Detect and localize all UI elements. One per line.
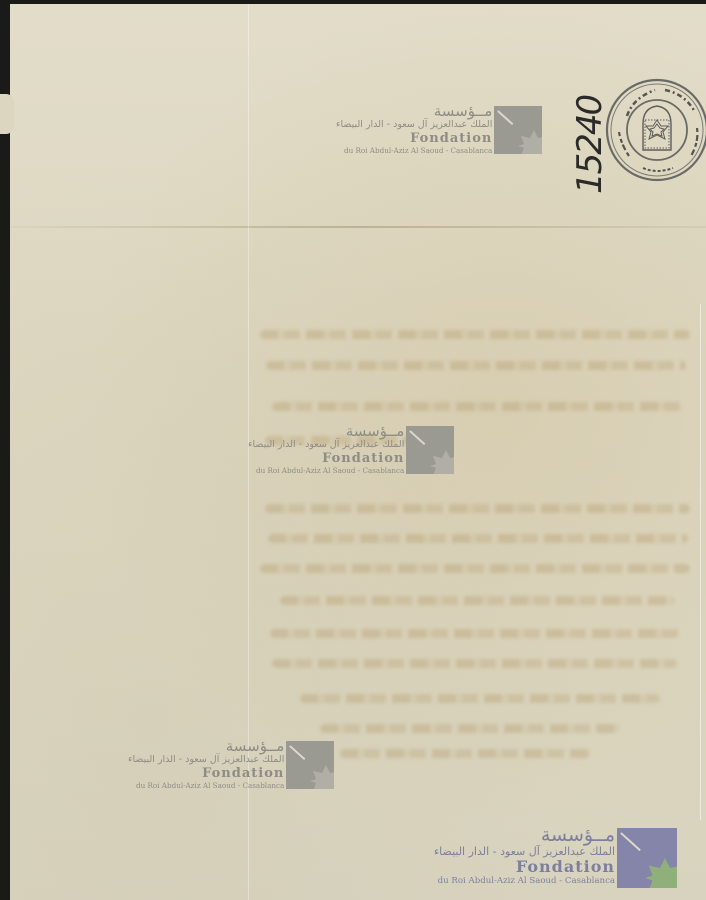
watermark-french-subtitle: du Roi Abdul-Aziz Al Saoud - Casablanca bbox=[128, 782, 284, 789]
watermark-french-title: Fondation bbox=[248, 452, 404, 465]
document-page: 15240 مــؤسسة الملك عبدالعزيز آل سعود - … bbox=[10, 4, 706, 900]
watermark-french-subtitle: du Roi Abdul-Aziz Al Saoud - Casablanca bbox=[336, 147, 492, 154]
right-margin-crease bbox=[700, 304, 701, 820]
watermark-french-title: Fondation bbox=[336, 132, 492, 145]
watermark-french-title: Fondation bbox=[434, 859, 615, 875]
watermark-top: مــؤسسة الملك عبدالعزيز آل سعود - الدار … bbox=[336, 104, 542, 154]
watermark-french-title: Fondation bbox=[128, 767, 284, 780]
watermark-arabic-title: مــؤسسة bbox=[434, 826, 615, 845]
foundation-logo-icon bbox=[617, 828, 677, 888]
horizontal-fold-crease bbox=[10, 226, 706, 228]
watermark-arabic-subtitle: الملك عبدالعزيز آل سعود - الدار البيضاء bbox=[248, 440, 404, 450]
watermark-arabic-subtitle: الملك عبدالعزيز آل سعود - الدار البيضاء bbox=[434, 846, 615, 857]
foundation-logo-icon bbox=[494, 106, 542, 154]
watermark-bottom-right: مــؤسسة الملك عبدالعزيز آل سعود - الدار … bbox=[434, 826, 677, 888]
seal-stamp-icon bbox=[603, 76, 706, 184]
watermark-arabic-title: مــؤسسة bbox=[336, 104, 492, 119]
watermark-arabic-subtitle: الملك عبدالعزيز آل سعود - الدار البيضاء bbox=[128, 755, 284, 765]
watermark-middle: مــؤسسة الملك عبدالعزيز آل سعود - الدار … bbox=[248, 424, 454, 474]
watermark-lower-left: مــؤسسة الملك عبدالعزيز آل سعود - الدار … bbox=[128, 739, 334, 789]
foundation-logo-icon bbox=[406, 426, 454, 474]
foundation-logo-icon bbox=[286, 741, 334, 789]
watermark-french-subtitle: du Roi Abdul-Aziz Al Saoud - Casablanca bbox=[248, 467, 404, 474]
watermark-arabic-title: مــؤسسة bbox=[248, 424, 404, 439]
watermark-arabic-subtitle: الملك عبدالعزيز آل سعود - الدار البيضاء bbox=[336, 120, 492, 130]
watermark-french-subtitle: du Roi Abdul-Aziz Al Saoud - Casablanca bbox=[434, 877, 615, 886]
watermark-arabic-title: مــؤسسة bbox=[128, 739, 284, 754]
